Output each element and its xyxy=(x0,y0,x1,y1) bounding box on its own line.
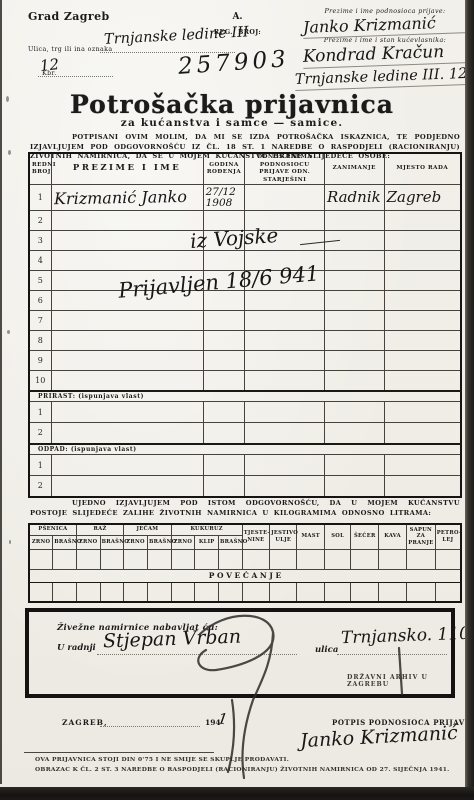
reg-broj-label: REG.. BROJ: xyxy=(170,29,305,36)
supplies-group-header-row: PŠENICA RAŽ JEČAM KUKURUZ TJESTE-NINE JE… xyxy=(29,524,461,535)
cell xyxy=(203,476,245,497)
shop-street-handwritten: Trnjansko. 110 xyxy=(341,626,471,647)
header-right: Prezime i ime podnosioca prijave: Janko … xyxy=(303,8,467,88)
cell xyxy=(351,549,379,569)
cell-relation xyxy=(245,185,324,211)
header-left: Grad Zagreb Ulica, trg ili ina oznaka Kb… xyxy=(28,10,178,23)
cell xyxy=(270,582,297,602)
shop-name-handwritten: Stjepan Vrban xyxy=(103,628,242,652)
cell xyxy=(171,582,195,602)
cell xyxy=(51,371,203,391)
povecanje-row: P O V E Ć A N J E xyxy=(29,569,461,582)
cell xyxy=(384,476,461,497)
cell xyxy=(76,549,100,569)
cell xyxy=(242,582,269,602)
col-header-kava: KAVA xyxy=(379,524,407,549)
header-center: A. REG.. BROJ: xyxy=(170,12,305,36)
cell xyxy=(384,231,461,251)
persons-header-row: REDNI BROJ PREZIME I IME GODINA ROĐENJA … xyxy=(29,153,461,185)
section-letter: A. xyxy=(170,12,305,22)
col-header-kukuruz: KUKURUZ xyxy=(171,524,242,535)
cell xyxy=(245,331,324,351)
year-handwritten: 1 xyxy=(217,711,229,727)
cell xyxy=(379,549,407,569)
cell-num: 10 xyxy=(29,371,51,391)
cell-year-handwritten: 27/121908 xyxy=(206,187,243,209)
fine-print-line-1: OVA PRIJAVNICA STOJI DIN 0'75 I NE SMIJE… xyxy=(35,756,455,763)
col-header-mjesto-rada: MJESTO RADA xyxy=(384,153,461,185)
col-header-brasno: BRAŠNO xyxy=(100,535,124,549)
col-header-sol: SOL xyxy=(324,524,351,549)
cell xyxy=(435,582,461,602)
cell-num: 2 xyxy=(29,423,51,444)
cell xyxy=(147,582,171,602)
cell xyxy=(53,549,77,569)
cell xyxy=(124,549,148,569)
cell xyxy=(297,549,324,569)
cell xyxy=(245,311,324,331)
table-row: 7 xyxy=(29,311,461,331)
col-header-tjestenine: TJESTE-NINE xyxy=(242,524,269,549)
col-header-mast: MAST xyxy=(297,524,324,549)
cell xyxy=(379,582,407,602)
cell xyxy=(324,351,384,371)
table-row: 2 xyxy=(29,423,461,444)
col-header-brasno: BRAŠNO xyxy=(147,535,171,549)
cell xyxy=(51,331,203,351)
cell xyxy=(245,402,324,423)
supplies-intro-paragraph: UJEDNO IZJAVLJUJEM POD ISTOM ODGOVORNOŠĆ… xyxy=(30,498,460,518)
fine-print-rule xyxy=(24,752,214,753)
shop-declaration-box: Živežne namirnice nabavljat ću: U radnji… xyxy=(25,608,455,698)
scan-speck xyxy=(9,540,11,544)
cell-num: 1 xyxy=(29,402,51,423)
persons-table: REDNI BROJ PREZIME I IME GODINA ROĐENJA … xyxy=(28,152,462,498)
cell xyxy=(203,331,245,351)
col-header-klip: KLIP xyxy=(195,535,219,549)
col-header-petrolej: PETRO-LEJ xyxy=(435,524,461,549)
scan-edge-bottom xyxy=(0,787,474,800)
prirast-label-row: PRIRAST: (ispunjava vlast) xyxy=(29,391,461,402)
cell xyxy=(384,331,461,351)
cell xyxy=(245,371,324,391)
cell xyxy=(203,351,245,371)
cell xyxy=(324,549,351,569)
cell xyxy=(324,371,384,391)
cell xyxy=(245,455,324,476)
cell xyxy=(76,582,100,602)
cell xyxy=(384,211,461,231)
cell xyxy=(384,455,461,476)
cell xyxy=(384,402,461,423)
cell xyxy=(51,231,203,251)
cell xyxy=(324,211,384,231)
cell xyxy=(324,476,384,497)
table-row: 9 xyxy=(29,351,461,371)
cell-num: 3 xyxy=(29,231,51,251)
cell xyxy=(203,455,245,476)
cell xyxy=(245,476,324,497)
col-header-odnos: ODNOS PREMA PODNOSIOCU PRIJAVE ODN. STAR… xyxy=(245,153,324,185)
cell xyxy=(195,549,219,569)
cell xyxy=(384,311,461,331)
cell xyxy=(245,423,324,444)
table-row: 1 xyxy=(29,455,461,476)
city-name: Grad Zagreb xyxy=(28,10,178,23)
annotation-military-handwritten: iz Vojske xyxy=(189,225,279,251)
applicant-signature: Janko Krizmanić xyxy=(300,724,459,751)
col-header-zrno: ZRNO xyxy=(171,535,195,549)
cell xyxy=(245,291,324,311)
col-header-jestivo-ulje: JESTIVO ULJE xyxy=(270,524,297,549)
cell xyxy=(384,371,461,391)
cell xyxy=(29,549,53,569)
cell xyxy=(324,291,384,311)
col-header-zrno: ZRNO xyxy=(29,535,53,549)
table-row: 6 xyxy=(29,291,461,311)
cell xyxy=(203,371,245,391)
odpad-label: ODPAD: (ispunjava vlast) xyxy=(29,444,461,455)
cell xyxy=(270,549,297,569)
cell xyxy=(51,351,203,371)
cell xyxy=(384,291,461,311)
fine-print-line-2: OBRAZAC K ČL. 2 ST. 3 NAREDBE O RASPODJE… xyxy=(35,766,455,773)
cell xyxy=(147,549,171,569)
table-row: 8 xyxy=(29,331,461,351)
cell-num: 6 xyxy=(29,291,51,311)
cell xyxy=(100,549,124,569)
cell xyxy=(407,582,436,602)
shop-label: U radnji xyxy=(57,643,96,653)
cell xyxy=(51,423,203,444)
cell-workplace-handwritten: Zagreb xyxy=(387,190,458,205)
landlord-name-handwritten: Kondrad Kračun xyxy=(303,43,468,69)
col-header-brasno: BRAŠNO xyxy=(219,535,243,549)
cell xyxy=(29,582,53,602)
scan-speck xyxy=(6,96,9,102)
cell xyxy=(51,455,203,476)
cell xyxy=(435,549,461,569)
col-header-brasno: BRAŠNO xyxy=(53,535,77,549)
cell xyxy=(219,582,243,602)
cell-occupation-handwritten: Radnik xyxy=(327,190,382,205)
col-header-redni-broj: REDNI BROJ xyxy=(29,153,51,185)
cell xyxy=(51,476,203,497)
landlord-address-handwritten: Trnjanske ledine III. 12 xyxy=(295,67,468,90)
cell xyxy=(384,423,461,444)
cell xyxy=(324,271,384,291)
cell xyxy=(203,423,245,444)
col-header-zanimanje: ZANIMANJE xyxy=(324,153,384,185)
table-row: 1 Krizmanić Janko 27/121908 Radnik Zagre… xyxy=(29,185,461,211)
scan-edge-left xyxy=(0,0,2,784)
applicant-label: Prezime i ime podnosioca prijave: xyxy=(303,8,467,15)
col-header-zrno: ZRNO xyxy=(76,535,100,549)
cell xyxy=(324,402,384,423)
cell xyxy=(324,455,384,476)
supplies-empty-row xyxy=(29,549,461,569)
scan-speck xyxy=(7,330,10,334)
supplies-table: PŠENICA RAŽ JEČAM KUKURUZ TJESTE-NINE JE… xyxy=(28,523,462,603)
shop-street-underline xyxy=(337,654,447,655)
cell-num: 7 xyxy=(29,311,51,331)
scan-edge-right xyxy=(465,0,474,800)
cell xyxy=(51,311,203,331)
cell xyxy=(245,351,324,371)
cell-num: 5 xyxy=(29,271,51,291)
cell xyxy=(384,251,461,271)
cell-num: 8 xyxy=(29,331,51,351)
cell xyxy=(384,271,461,291)
cell xyxy=(51,211,203,231)
cell xyxy=(324,582,351,602)
date-line xyxy=(100,726,200,727)
cell xyxy=(324,251,384,271)
kbr-value-handwritten: 12 xyxy=(39,57,60,74)
col-header-godina: GODINA ROĐENJA xyxy=(203,153,245,185)
cell xyxy=(124,582,148,602)
cell xyxy=(195,582,219,602)
cell xyxy=(203,402,245,423)
cell xyxy=(324,331,384,351)
cell xyxy=(100,582,124,602)
col-header-zrno: ZRNO xyxy=(124,535,148,549)
cell xyxy=(171,549,195,569)
kbr-underline xyxy=(38,76,113,77)
odpad-label-row: ODPAD: (ispunjava vlast) xyxy=(29,444,461,455)
prirast-label: PRIRAST: (ispunjava vlast) xyxy=(29,391,461,402)
page-title: Potrošačka prijavnica xyxy=(0,90,464,119)
cell xyxy=(384,351,461,371)
col-header-jecam: JEČAM xyxy=(124,524,171,535)
scan-speck xyxy=(8,150,11,155)
cell xyxy=(407,549,436,569)
cell xyxy=(51,402,203,423)
shop-name-underline xyxy=(97,654,297,655)
cell xyxy=(297,582,324,602)
cell-num: 2 xyxy=(29,211,51,231)
table-row: 2 xyxy=(29,476,461,497)
cell xyxy=(324,311,384,331)
cell-num: 1 xyxy=(29,455,51,476)
cell xyxy=(51,251,203,271)
cell-num: 2 xyxy=(29,476,51,497)
cell xyxy=(351,582,379,602)
col-header-sapun: SAPUN ZA PRANJE xyxy=(407,524,436,549)
page-subtitle: za kućanstva i samce — samice. xyxy=(0,117,464,129)
cell xyxy=(219,549,243,569)
cell xyxy=(324,423,384,444)
col-header-prezime-ime: PREZIME I IME xyxy=(51,153,203,185)
cell xyxy=(53,582,77,602)
cell xyxy=(242,549,269,569)
table-row: 1 xyxy=(29,402,461,423)
archive-stamp: DRŽAVNI ARHIV U ZAGREBU xyxy=(347,674,451,688)
povecanje-label: P O V E Ć A N J E xyxy=(29,569,461,582)
reg-number-handwritten: 257903 xyxy=(177,48,290,79)
cell xyxy=(203,311,245,331)
cell-num: 9 xyxy=(29,351,51,371)
scanned-form-page: Grad Zagreb Ulica, trg ili ina oznaka Kb… xyxy=(0,0,474,800)
applicant-name-handwritten: Janko Krizmanić xyxy=(303,14,468,39)
cell-name-handwritten: Krizmanić Janko xyxy=(53,188,200,207)
cell-num: 4 xyxy=(29,251,51,271)
supplies-empty-row xyxy=(29,582,461,602)
shop-street-label: ulica xyxy=(315,645,338,655)
table-row: 10 xyxy=(29,371,461,391)
cell-num: 1 xyxy=(29,185,51,211)
col-header-raz: RAŽ xyxy=(76,524,123,535)
col-header-secer: ŠEĆER xyxy=(351,524,379,549)
col-header-psenica: PŠENICA xyxy=(29,524,76,535)
